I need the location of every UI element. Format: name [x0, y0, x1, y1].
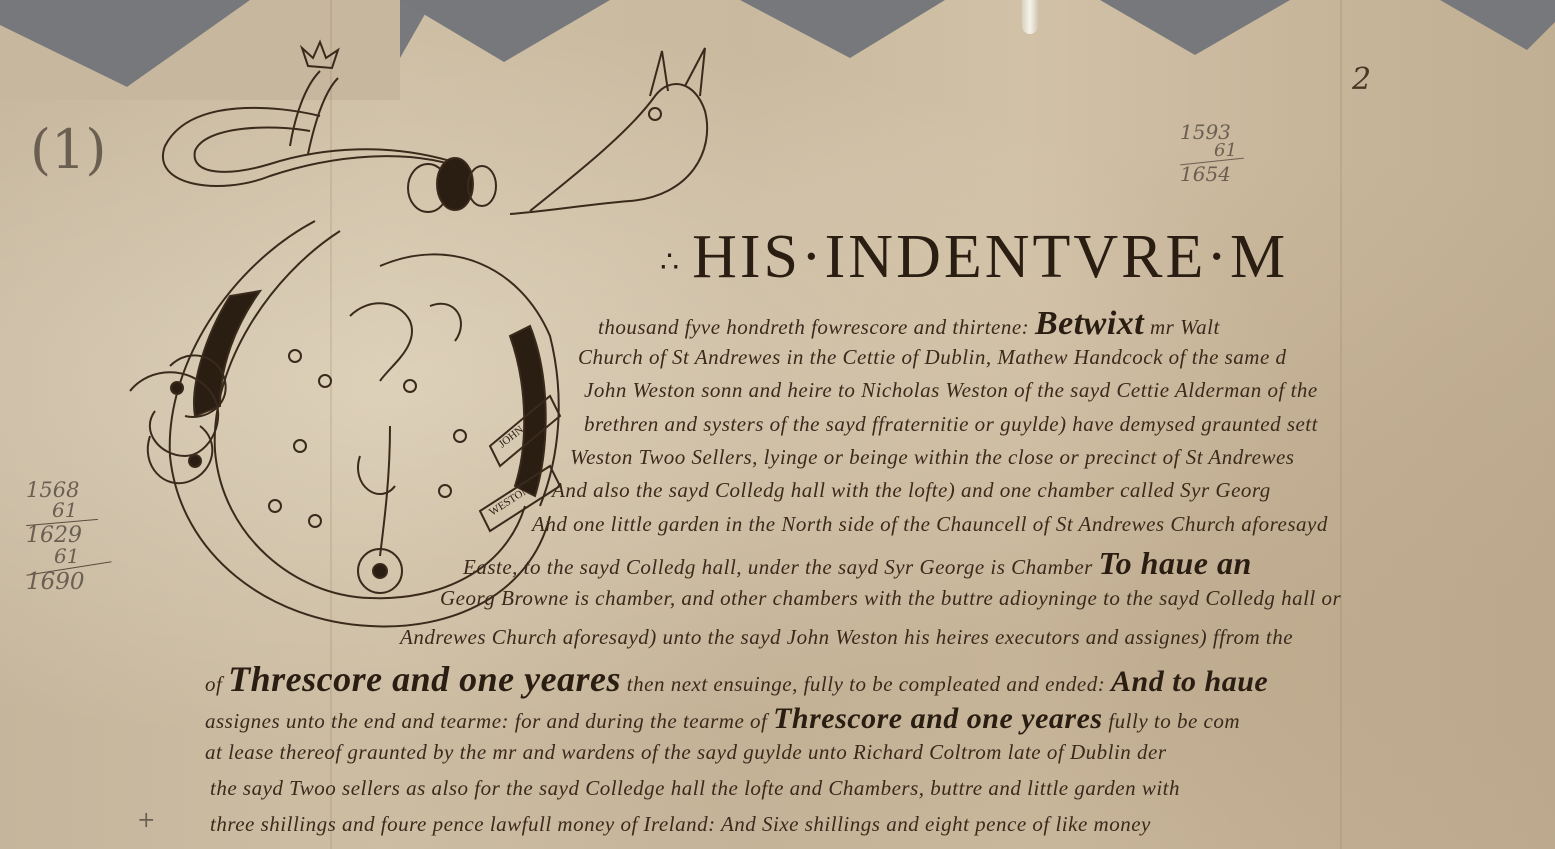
- text-line-2: Church of St Andrewes in the Cettie of D…: [578, 345, 1287, 370]
- cross-mark: +: [137, 808, 155, 833]
- text-line-5: Weston Twoo Sellers, lyinge or beinge wi…: [570, 445, 1294, 470]
- text-line-15: three shillings and foure pence lawfull …: [210, 812, 1151, 837]
- calc-annotation-left: 1568 61 1629 61 1690: [26, 478, 106, 595]
- text-line-11: of Threscore and one yeares then next en…: [205, 658, 1268, 700]
- text-line-6: And also the sayd Colledg hall with the …: [552, 478, 1271, 503]
- fold-crease: [1340, 0, 1342, 849]
- text-line-10: Andrewes Church aforesayd) unto the sayd…: [400, 625, 1293, 650]
- text-line-3: John Weston sonn and heire to Nicholas W…: [584, 378, 1318, 403]
- document-heading: ∴HIS·INDENTVRE·M: [660, 222, 1288, 293]
- text-line-8: Easte, to the sayd Colledg hall, under t…: [463, 545, 1252, 582]
- text-line-9: Georg Browne is chamber, and other chamb…: [440, 586, 1341, 611]
- sheet-number-mark: 2: [1352, 62, 1371, 97]
- serpent-neck: [290, 71, 338, 154]
- heading-lead-mark: ∴: [660, 246, 682, 279]
- heading-text: HIS·INDENTVRE·M: [692, 223, 1288, 291]
- text-line-14: the sayd Twoo sellers as also for the sa…: [210, 776, 1180, 801]
- calc-annotation-top: 1593 61 1654: [1180, 120, 1250, 186]
- text-line-1: thousand fyve hondreth fowrescore and th…: [598, 305, 1220, 343]
- text-line-4: brethren and systers of the sayd ffrater…: [584, 412, 1318, 437]
- crown-icon: [302, 42, 338, 68]
- text-line-7: And one little garden in the North side …: [532, 512, 1328, 537]
- dragon-head: [510, 84, 707, 214]
- text-line-12: assignes unto the end and tearme: for an…: [205, 702, 1240, 736]
- mounting-pin: [1022, 0, 1038, 34]
- text-line-13: at lease thereof graunted by the mr and …: [205, 740, 1167, 765]
- item-number-annotation: (1): [30, 118, 107, 181]
- foliage-icon: [269, 303, 466, 556]
